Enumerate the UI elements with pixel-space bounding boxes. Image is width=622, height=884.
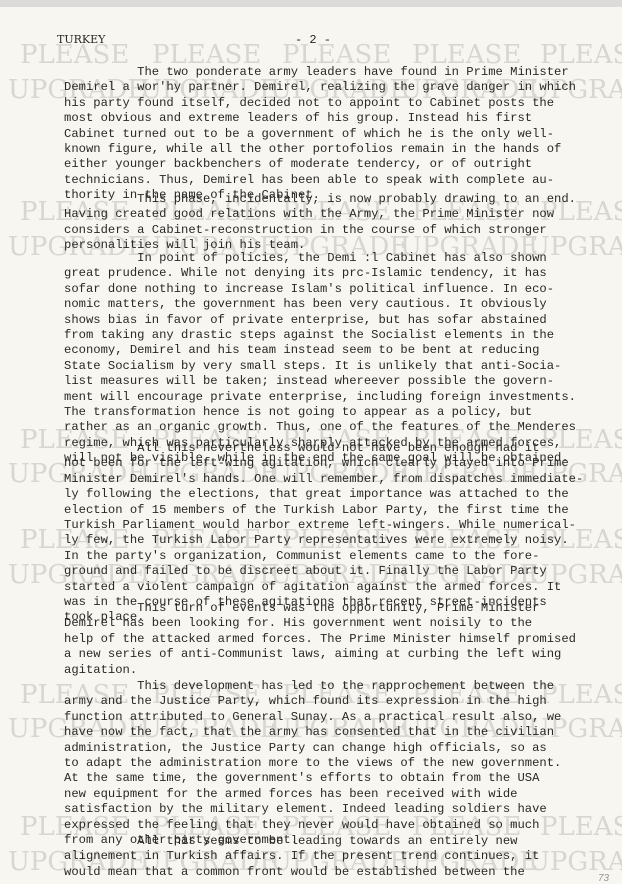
text-line: Having created good relations with the A… xyxy=(64,207,554,222)
text-line: Demirel has been looking for. His govern… xyxy=(64,616,532,631)
text-line: from taking any drastic steps against th… xyxy=(64,328,554,343)
text-line: known figure, while all the other portof… xyxy=(64,142,561,157)
text-line: most obvious and extreme leaders of his … xyxy=(64,111,532,126)
text-line: help of the attacked armed forces. The P… xyxy=(64,632,576,647)
text-line: rather as an organic growth. Thus, one o… xyxy=(64,420,576,435)
scan-top-border xyxy=(0,0,622,7)
text-line: function attributed to General Sunay. As… xyxy=(64,710,561,725)
text-line: considers a Cabinet-reconstruction in th… xyxy=(64,223,547,238)
text-line: satisfaction by the military element. In… xyxy=(64,802,547,817)
text-line: alignement in Turkish affairs. If the pr… xyxy=(64,849,539,864)
text-line: great prudence. While not denying its pr… xyxy=(64,266,547,281)
archive-page-mark: 73 xyxy=(598,873,609,884)
text-line: a new series of anti-Communist laws, aim… xyxy=(64,647,561,662)
text-line: administration, the Justice Party can ch… xyxy=(64,741,547,756)
text-line: to adapt the administration more to the … xyxy=(64,756,561,771)
text-line: ly few, the Turkish Labor Party represen… xyxy=(64,533,569,548)
text-line: At the same time, the government's effor… xyxy=(64,771,539,786)
text-line: started a violent campaign of agitation … xyxy=(64,580,561,595)
text-line: State Socialism by very small steps. It … xyxy=(64,359,561,374)
text-line: not been for the left-wing agitation, wh… xyxy=(64,456,569,471)
text-line: The two ponderate army leaders have foun… xyxy=(64,65,569,80)
page-number: - 2 - xyxy=(295,33,331,47)
text-line: election of 15 members of the Turkish La… xyxy=(64,503,569,518)
text-line: shows bias in favor of private enterpris… xyxy=(64,313,547,328)
text-line: ment will encourage private enterprise, … xyxy=(64,390,576,405)
text-line: sofar done nothing to increase Islam's p… xyxy=(64,282,554,297)
text-line: nomic matters, the government has been v… xyxy=(64,297,547,312)
text-line: agitation. xyxy=(64,663,137,678)
document-header-country: TURKEY xyxy=(57,33,105,46)
text-line: have now the fact, that the army has con… xyxy=(64,725,554,740)
text-line: technicians. Thus, Demirel has been able… xyxy=(64,173,554,188)
text-line: list measures will be taken; instead whe… xyxy=(64,374,554,389)
text-line: his party found itself, decided not to a… xyxy=(64,96,554,111)
text-line: expressed the feeling that they never wo… xyxy=(64,818,539,833)
text-line: Turkish Parliament would harbor extreme … xyxy=(64,518,576,533)
text-line: economy, Demirel and his team instead se… xyxy=(64,343,539,358)
text-line: army and the Justice Party, which found … xyxy=(64,694,547,709)
text-line: new equipment for the armed forces has b… xyxy=(64,787,517,802)
text-line: ly following the elections, that great i… xyxy=(64,487,569,502)
text-line: either younger backbenchers of moderate … xyxy=(64,157,532,172)
text-line: The transformation hence is not going to… xyxy=(64,405,532,420)
text-line: Cabinet turned out to be a government of… xyxy=(64,127,554,142)
text-line: Demirel a wor'hy partner. Demirel, reali… xyxy=(64,80,576,95)
text-line: This development has led to the rapproch… xyxy=(64,679,554,694)
text-line: All this nevertheless would not have bee… xyxy=(64,441,539,456)
document-page: PLEASEPLEASEPLEASEPLEASEPLEASEUPGRADEUPG… xyxy=(0,7,622,884)
text-line: Minister Demirel's hands. One will remem… xyxy=(64,472,583,487)
watermark-text: PLEASE xyxy=(540,812,622,842)
text-line: This phase, incidentally, is now probabl… xyxy=(64,192,576,207)
text-line: This turn of events was the opportunity,… xyxy=(64,601,539,616)
text-line: All this seems to be leading towards an … xyxy=(64,834,517,849)
text-line: would mean that a common front would be … xyxy=(64,865,525,880)
text-line: ground and failed to be discreet about i… xyxy=(64,564,547,579)
text-line: In point of policies, the Demi :l Cabine… xyxy=(64,251,547,266)
text-line: In the party's organization, Communist e… xyxy=(64,549,539,564)
